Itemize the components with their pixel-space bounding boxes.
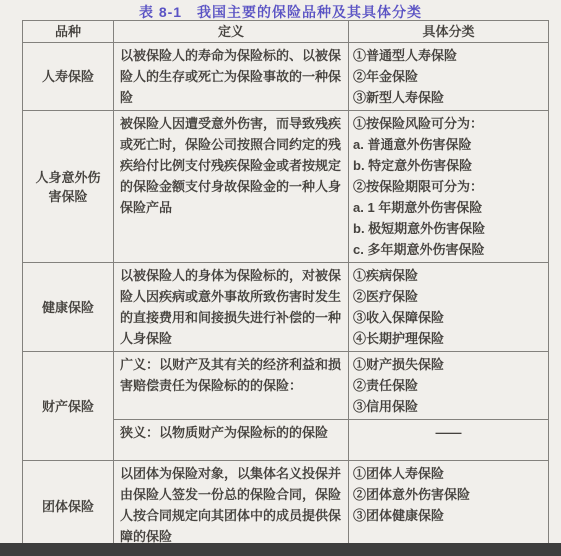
class-item: ②团体意外伤害保险 — [353, 484, 544, 505]
table-row: 健康保险 以被保险人的身体为保险标的，对被保险人因疾病或意外事故所致伤害时发生的… — [23, 263, 549, 352]
class-item: ①团体人寿保险 — [353, 463, 544, 484]
table-row: 团体保险 以团体为保险对象，以集体名义投保并由保险人签发一份总的保险合同，保险人… — [23, 461, 549, 552]
class-item: ①按保险风险可分为： — [353, 113, 544, 134]
type-life-insurance: 人寿保险 — [23, 43, 114, 111]
definition-health-insurance: 以被保险人的身体为保险标的，对被保险人因疾病或意外事故所致伤害时发生的直接费用和… — [114, 263, 349, 352]
classes-health-insurance: ①疾病保险 ②医疗保险 ③收入保障保险 ④长期护理保险 — [349, 263, 549, 352]
type-accident-insurance: 人身意外伤害保险 — [23, 111, 114, 263]
classes-group-insurance: ①团体人寿保险 ②团体意外伤害保险 ③团体健康保险 — [349, 461, 549, 552]
table-row: 财产保险 广义：以财产及其有关的经济利益和损害赔偿责任为保险标的的保险： ①财产… — [23, 352, 549, 420]
class-item: ②按保险期限可分为： — [353, 176, 544, 197]
type-property-insurance: 财产保险 — [23, 352, 114, 461]
class-item: b. 特定意外伤害保险 — [353, 155, 544, 176]
class-item: ③新型人寿保险 — [353, 87, 544, 108]
class-item: b. 极短期意外伤害保险 — [353, 218, 544, 239]
bottom-scan-bar — [0, 543, 561, 556]
class-item: ①疾病保险 — [353, 265, 544, 286]
class-item: c. 多年期意外伤害保险 — [353, 239, 544, 260]
class-item: ①普通型人寿保险 — [353, 45, 544, 66]
class-item: ②医疗保险 — [353, 286, 544, 307]
header-type: 品种 — [23, 21, 114, 43]
table-row: 人寿保险 以被保险人的寿命为保险标的、以被保险人的生存或死亡为保险事故的一种保险… — [23, 43, 549, 111]
class-item: a. 1 年期意外伤害保险 — [353, 197, 544, 218]
table-header-row: 品种 定义 具体分类 — [23, 21, 549, 43]
definition-life-insurance: 以被保险人的寿命为保险标的、以被保险人的生存或死亡为保险事故的一种保险 — [114, 43, 349, 111]
class-item: ①财产损失保险 — [353, 354, 544, 375]
classes-property-broad: ①财产损失保险 ②责任保险 ③信用保险 — [349, 352, 549, 420]
classes-life-insurance: ①普通型人寿保险 ②年金保险 ③新型人寿保险 — [349, 43, 549, 111]
class-item: ②年金保险 — [353, 66, 544, 87]
class-item: a. 普通意外伤害保险 — [353, 134, 544, 155]
class-item: ②责任保险 — [353, 375, 544, 396]
definition-property-narrow: 狭义：以物质财产为保险标的的保险 — [114, 420, 349, 461]
class-item: ③信用保险 — [353, 396, 544, 417]
header-classification: 具体分类 — [349, 21, 549, 43]
insurance-types-table: 品种 定义 具体分类 人寿保险 以被保险人的寿命为保险标的、以被保险人的生存或死… — [22, 20, 549, 552]
classes-accident-insurance: ①按保险风险可分为： a. 普通意外伤害保险 b. 特定意外伤害保险 ②按保险期… — [349, 111, 549, 263]
table-row: 人身意外伤害保险 被保险人因遭受意外伤害，而导致残疾或死亡时，保险公司按照合同约… — [23, 111, 549, 263]
header-definition: 定义 — [114, 21, 349, 43]
definition-property-broad: 广义：以财产及其有关的经济利益和损害赔偿责任为保险标的的保险： — [114, 352, 349, 420]
class-item: ④长期护理保险 — [353, 328, 544, 349]
type-group-insurance: 团体保险 — [23, 461, 114, 552]
classes-property-narrow-empty: —— — [349, 420, 549, 461]
definition-accident-insurance: 被保险人因遭受意外伤害，而导致残疾或死亡时，保险公司按照合同约定的残疾给付比例支… — [114, 111, 349, 263]
page-title: 表 8-1 我国主要的保险品种及其具体分类 — [0, 2, 561, 22]
definition-group-insurance: 以团体为保险对象，以集体名义投保并由保险人签发一份总的保险合同，保险人按合同规定… — [114, 461, 349, 552]
class-item: ③收入保障保险 — [353, 307, 544, 328]
type-health-insurance: 健康保险 — [23, 263, 114, 352]
class-item: ③团体健康保险 — [353, 505, 544, 526]
